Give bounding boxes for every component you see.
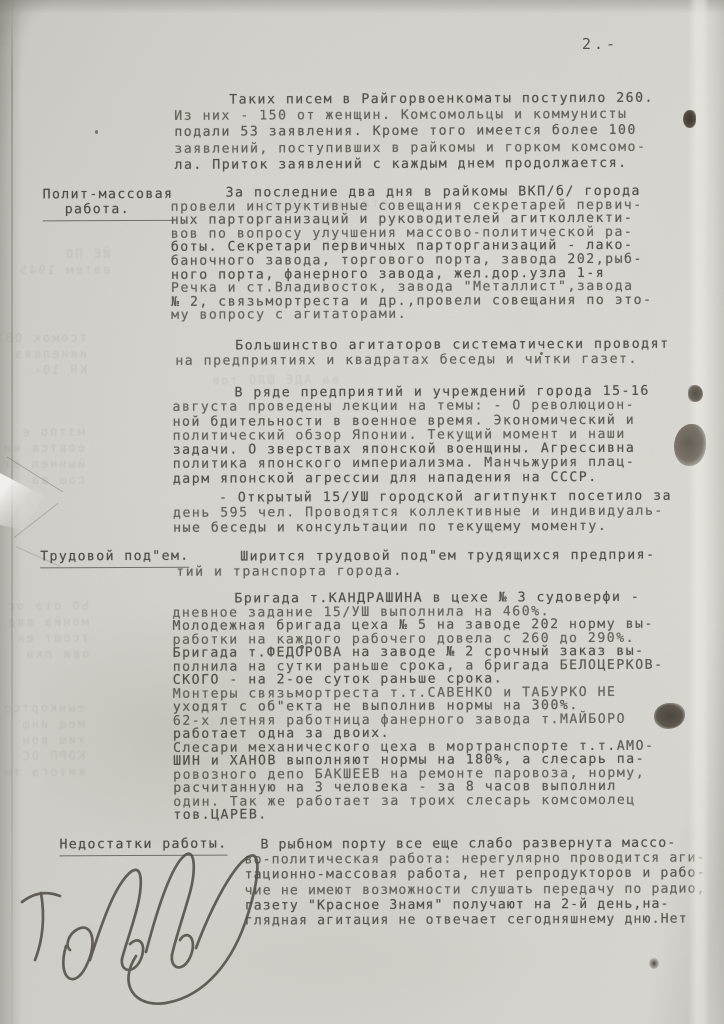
paper-hole bbox=[688, 385, 703, 402]
text-line: 62-х летняя работница фанерного завода т… bbox=[173, 712, 664, 728]
text-line: работки на каждого рабочего довела с 260… bbox=[173, 631, 664, 647]
paper-speck bbox=[95, 130, 98, 134]
paragraph-p5: - Открытый 15/УШ городской агитпункт пос… bbox=[173, 489, 672, 536]
text-line: баночного завода, торгового порта, завод… bbox=[171, 253, 652, 269]
text-line: заявлений, поступивших в райкомы и горко… bbox=[174, 139, 654, 157]
text-line: Трудовой под"ем. bbox=[40, 549, 190, 565]
text-line: ла. Приток заявлений с каждым днем продо… bbox=[174, 155, 654, 173]
paragraph-p6: Ширится трудовой под"ем трудящихся предп… bbox=[176, 548, 655, 580]
paragraph-p2: За последние два дня в райкомы ВКП/б/ го… bbox=[171, 185, 653, 323]
text-line: вов по вопросу улучшения массово-политич… bbox=[171, 226, 652, 242]
margin-label-l-trud: Трудовой под"ем. bbox=[40, 549, 190, 569]
text-line: политический обзор Японии. Текущий момен… bbox=[173, 428, 650, 444]
paper-stain bbox=[683, 110, 696, 128]
paragraph-p7: Бригада т.КАНДРАШИНА в цехе № 3 судоверф… bbox=[172, 591, 664, 823]
text-line: Полит-массовая bbox=[43, 187, 174, 203]
paper-edge-shadow bbox=[0, 0, 724, 14]
margin-label-l-polit: Полит-массоваяработа. bbox=[43, 187, 174, 222]
handwritten-signature bbox=[8, 838, 353, 1024]
text-line: один. Так же работает за троих слесарь к… bbox=[173, 793, 664, 809]
text-line: тий и транспорта города. bbox=[176, 563, 655, 580]
text-line: му вопросу с агитаторами. bbox=[171, 307, 652, 323]
text-line: политика японского империализма. Манчьжу… bbox=[173, 456, 650, 472]
paragraph-p4: В ряде предприятий и учреждений города 1… bbox=[172, 385, 650, 487]
paper-corner-shadow bbox=[0, 0, 58, 46]
paper-hole bbox=[674, 424, 706, 466]
paper-edge-shadow bbox=[712, 0, 724, 1024]
page-number: 2.- bbox=[582, 35, 618, 53]
text-line: Слесари механического цеха в мортранспор… bbox=[173, 739, 664, 755]
paper-edge-highlight bbox=[688, 0, 710, 1024]
text-line: работа. bbox=[43, 202, 174, 218]
text-line: дарм японской агрессии для нападения на … bbox=[173, 471, 650, 487]
paragraph-p1: Таких писем в Райгорвоенкоматы поступило… bbox=[174, 91, 654, 174]
paper-speck bbox=[540, 352, 543, 355]
paper-speck bbox=[300, 645, 304, 649]
paragraph-p3: Большинство агитаторов систематически пр… bbox=[175, 337, 669, 369]
text-line: полнила на сутки раньше срока, а бригада… bbox=[173, 658, 664, 674]
text-line: на предприятиях и квадратах беседы и чит… bbox=[175, 352, 669, 369]
paper-stain bbox=[649, 958, 659, 969]
document-page: ЙЕ ПОватем 1945тсомок ОВиинелвязКЯ 10-мз… bbox=[0, 0, 724, 1024]
text-line: ные беседы и консультации по текущему мо… bbox=[173, 519, 672, 536]
